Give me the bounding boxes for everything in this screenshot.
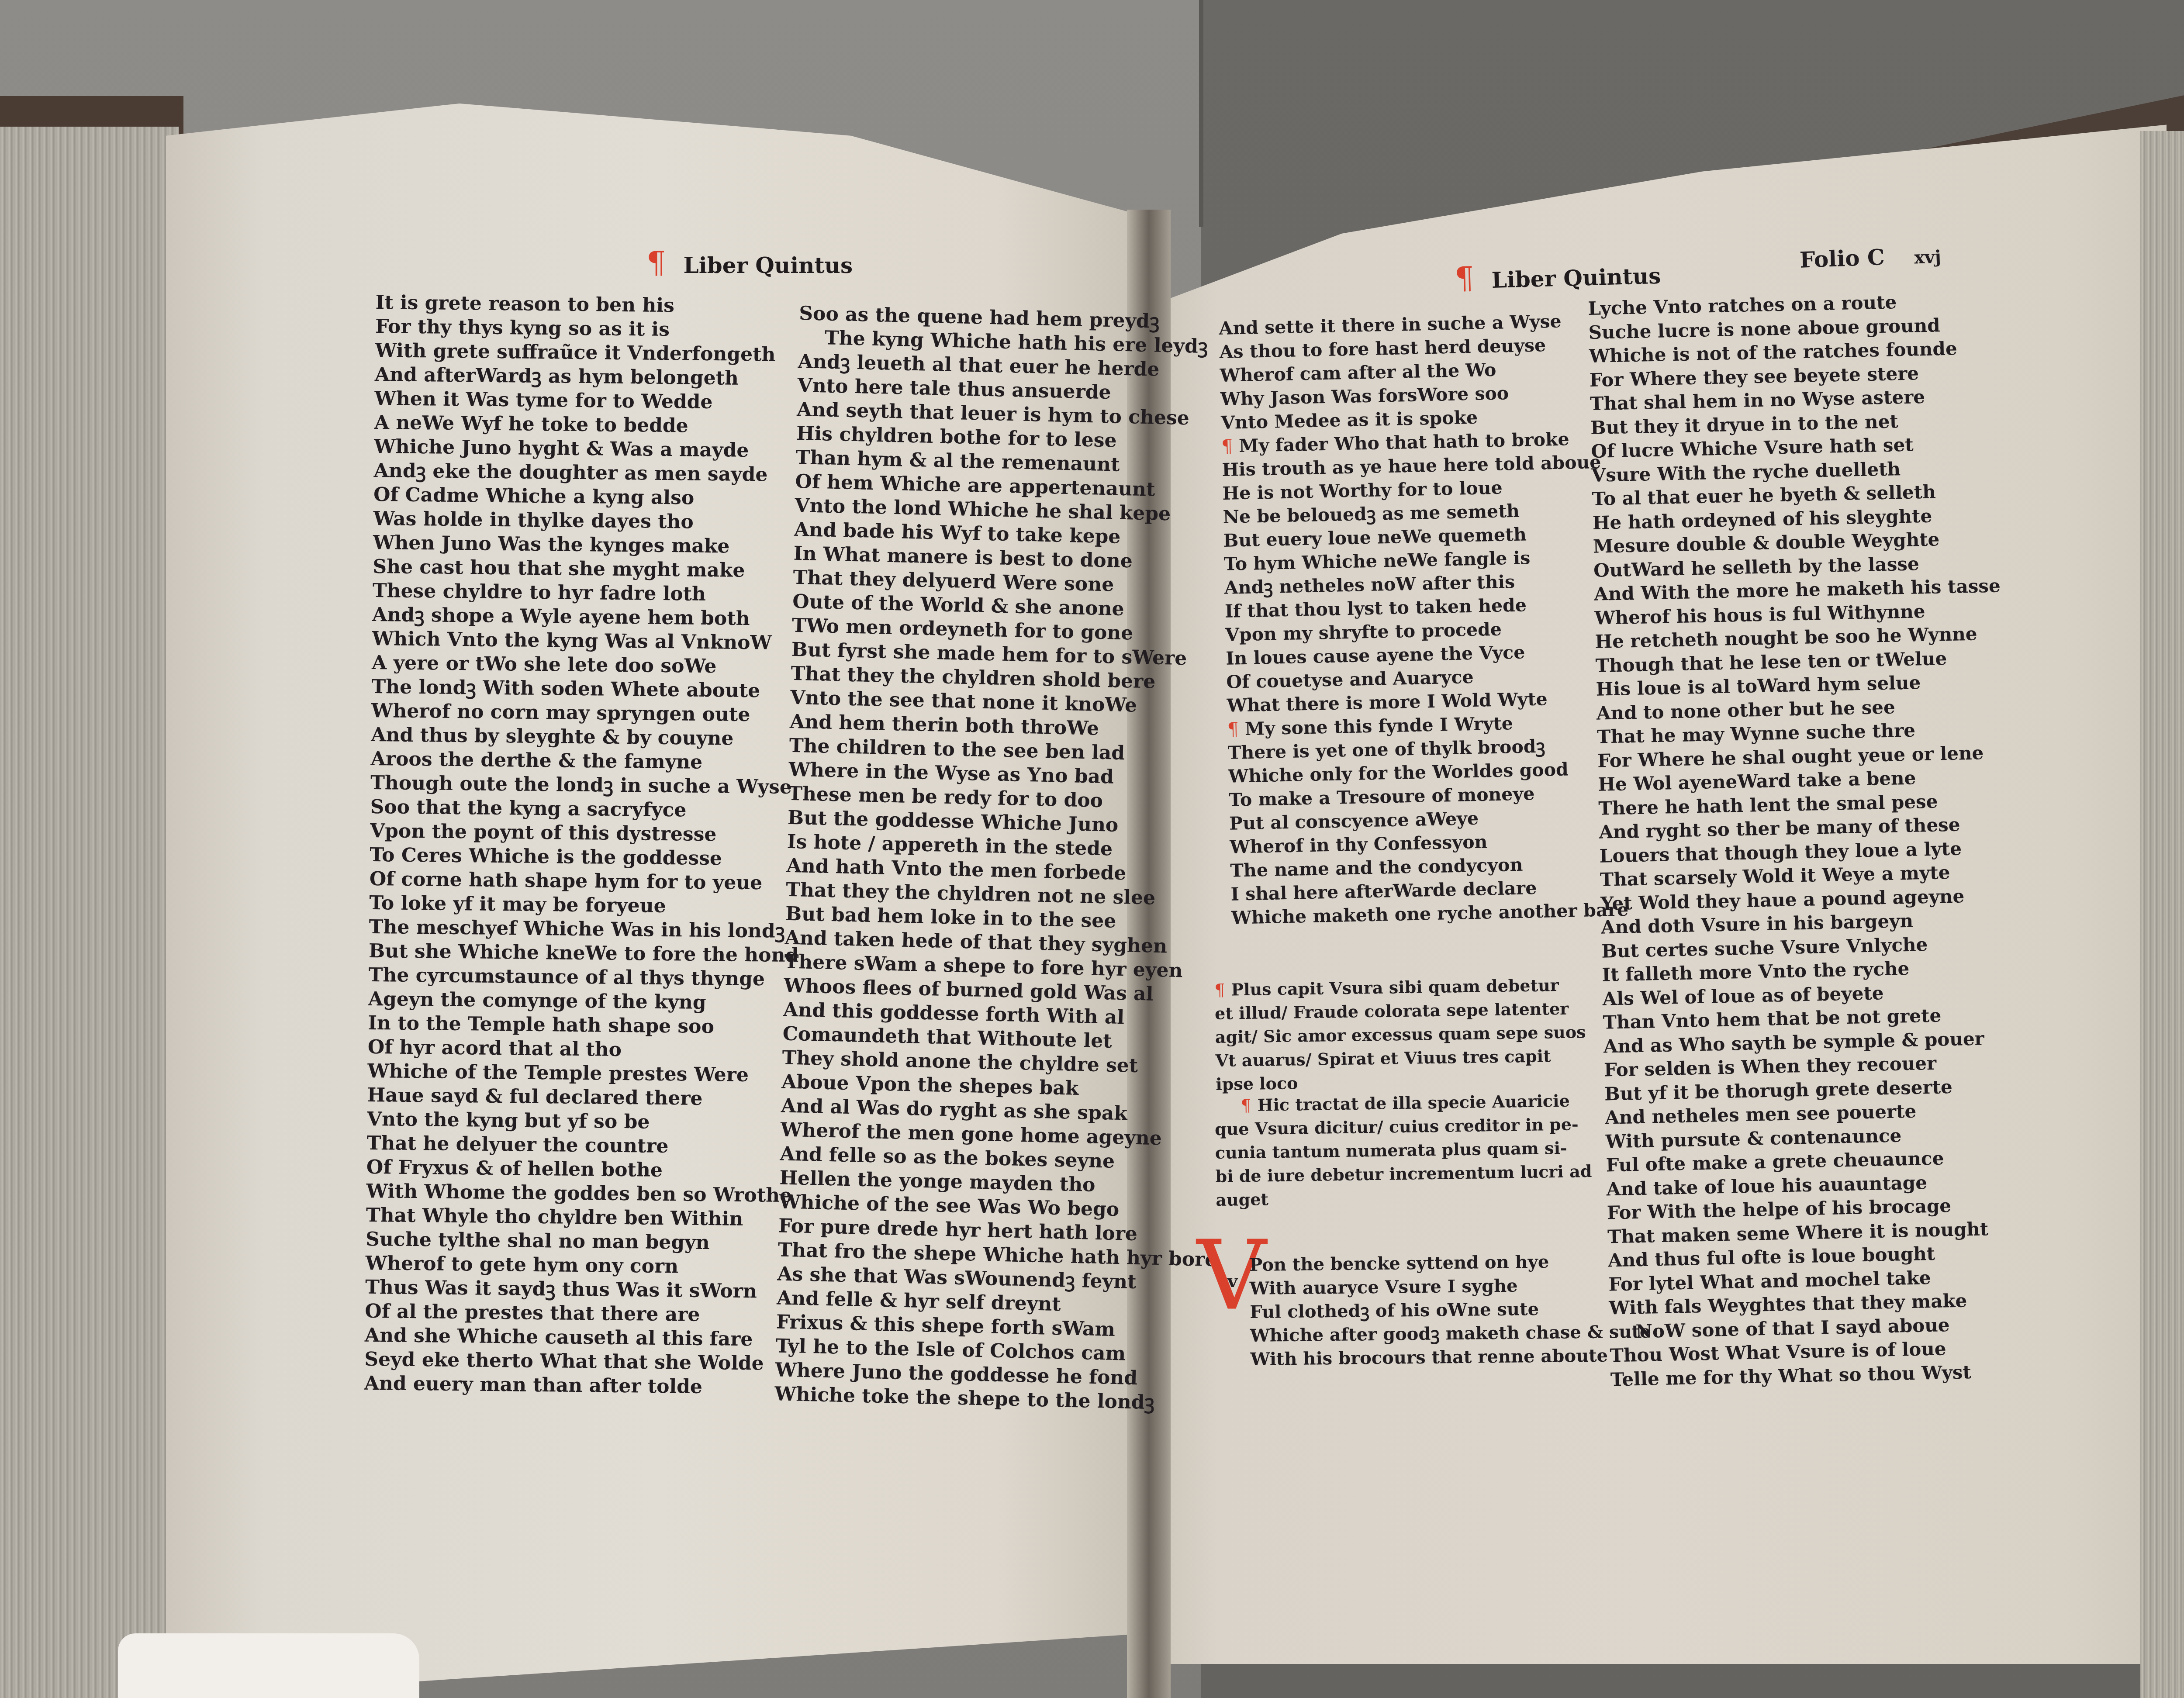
left-page-column-2: Soo as the quene had hem preydꝫThe kyng … (774, 301, 1239, 1416)
line-text: With his brocours that renne aboute (1250, 1345, 1608, 1370)
text-line: Suche tylthe shal no man begyn (366, 1227, 796, 1256)
text-line: Whiche after goodꝫ maketh chase & sute (1250, 1320, 1651, 1348)
line-text: Of Fryxus & of hellen bothe (366, 1156, 663, 1181)
line-text: That he delyuer the countre (366, 1132, 668, 1157)
line-text: Of corne hath shape hym for to yeue (370, 868, 763, 894)
text-line: She cast hou that she myght make (373, 555, 803, 583)
left-running-head: ¶ Liber Quintus (646, 245, 853, 280)
folio-roman: xvj (1914, 246, 1941, 268)
pilcrow-icon: ¶ (1214, 980, 1225, 1000)
text-line: Of corne hath shape hym for to yeue (370, 867, 800, 895)
line-text: To Ceres Whiche is the goddesse (370, 844, 722, 870)
text-line: With auaryce Vsure I syghe (1250, 1273, 1651, 1301)
line-text: The meschyef Whiche Was in his londꝫ (369, 916, 785, 942)
line-text: And euery man than after tolde (364, 1372, 703, 1398)
text-line: Of Fryxus & of hellen bothe (366, 1155, 797, 1184)
line-text: ipse loco (1216, 1073, 1298, 1094)
text-line: Pon the bencke syttend on hye (1249, 1249, 1650, 1277)
text-line: Thus Was it saydꝫ thus Was it sWorn (365, 1275, 795, 1304)
folio-number: Folio C xvj (1799, 242, 1942, 273)
right-page-column-2: Lyche Vnto ratches on a routeSuche lucre… (1588, 289, 2017, 1392)
text-line: Of hyr acord that al tho (368, 1035, 798, 1063)
line-text: With auaryce Vsure I syghe (1250, 1276, 1518, 1299)
text-line: A yere or tWo she lete doo soWe (372, 651, 802, 679)
line-text: It is grete reason to ben his (375, 291, 674, 317)
text-line: Was holde in thylke dayes tho (373, 507, 803, 535)
line-text: And thus by sleyghte & by couyne (371, 724, 734, 750)
latin-note-1: ¶Plus capit Vsura sibi quam debeturet il… (1214, 973, 1586, 1096)
right-page-column-1-after-initial: Pon the bencke syttend on hyeWith auaryc… (1249, 1249, 1651, 1371)
line-text: Vnto Medee as it is spoke (1221, 407, 1478, 433)
pilcrow-icon: ¶ (1227, 718, 1239, 740)
text-line: The londꝫ With soden Whete aboute (371, 675, 802, 703)
line-text: Als Wel of loue as of beyete (1602, 982, 1884, 1009)
line-text: A neWe Wyf he toke to bedde (374, 411, 688, 437)
text-line: And she Whiche causeth al this fare (365, 1323, 795, 1352)
text-line: Andꝫ shope a Wyle ayene hem both (372, 603, 802, 631)
line-text: auget (1216, 1189, 1268, 1210)
text-line: Ful clothedꝫ of his oWne sute (1250, 1296, 1651, 1324)
line-text: Aroos the derthe & the famyne (371, 748, 703, 773)
line-text: cunia tantum numerata plus quam si- (1215, 1138, 1567, 1163)
line-text: Which Vnto the kyng Was al VnknoW (372, 628, 772, 654)
line-text: When Juno Was the kynges make (373, 531, 730, 558)
line-text: With grete suffraũce it Vnderfongeth (375, 339, 775, 366)
line-text: Pon the bencke syttend on hye (1249, 1252, 1549, 1275)
line-text: For thy thys kyng so as it is (375, 315, 670, 341)
line-text: Vpon the poynt of this dystresse (370, 820, 717, 846)
text-line: But she Whiche kneWe to fore the hond (369, 939, 799, 967)
text-line: With his brocours that renne aboute (1250, 1343, 1651, 1371)
text-line: Aroos the derthe & the famyne (370, 747, 801, 775)
line-text: She cast hou that she myght make (373, 556, 745, 582)
line-text: Wherof to gete hym ony corn (365, 1252, 678, 1278)
text-line: Whiche of the Temple prestes Were (367, 1059, 798, 1087)
text-line: That Whyle tho chyldre ben Within (366, 1203, 796, 1232)
line-text: Of hyr acord that al tho (368, 1036, 622, 1061)
line-text: Seyd eke therto What that she Wolde (364, 1348, 764, 1375)
text-line: When it Was tyme for to Wedde (374, 387, 805, 415)
line-text: Though oute the londꝫ in suche a Wyse (370, 772, 792, 798)
line-text: Of couetyse and Auaryce (1226, 666, 1474, 693)
right-running-head-title: Liber Quintus (1491, 263, 1661, 293)
text-line: When Juno Was the kynges make (373, 531, 803, 559)
line-text: When it Was tyme for to Wedde (374, 387, 713, 413)
line-text: Of Cadme Whiche a kyng also (373, 483, 695, 509)
line-text: Whiche of the Temple prestes Were (367, 1060, 749, 1086)
text-line: Ageyn the comynge of the kyng (368, 987, 798, 1015)
pilcrow-icon: ¶ (646, 245, 666, 280)
line-text: Thus Was it saydꝫ thus Was it sWorn (365, 1276, 757, 1302)
text-line: It is grete reason to ben his (375, 290, 805, 319)
pilcrow-icon: ¶ (1221, 435, 1233, 457)
line-text: que Vsura dicitur/ cuius creditor in pe- (1215, 1114, 1579, 1139)
line-text: Andꝫ eke the doughter as men sayde (373, 459, 767, 486)
text-line: Soo that the kyng a sacryfyce (370, 795, 800, 823)
line-text: A yere or tWo she lete doo soWe (372, 652, 717, 677)
line-text: Ful clothedꝫ of his oWne sute (1250, 1299, 1539, 1322)
line-text: agit/ Sic amor excessus quam sepe suos (1215, 1022, 1586, 1047)
text-line: To Ceres Whiche is the goddesse (370, 843, 800, 871)
line-text: And she Whiche causeth al this fare (365, 1324, 753, 1350)
text-line: Whiche Juno hyght & Was a mayde (374, 435, 804, 463)
text-line: The cyrcumstaunce of al thys thynge (368, 963, 798, 991)
text-line: The meschyef Whiche Was in his londꝫ (369, 915, 799, 943)
line-text: In to the Temple hath shape soo (368, 1012, 714, 1038)
text-line: Wherof to gete hym ony corn (365, 1251, 795, 1280)
line-text: Put al conscyence aWeye (1229, 808, 1479, 834)
pilcrow-icon: ¶ (1241, 1096, 1251, 1115)
text-line: And euery man than after tolde (364, 1371, 795, 1400)
line-text: Haue sayd & ful declared there (367, 1084, 702, 1110)
text-line: Of al the prestes that there are (365, 1299, 795, 1328)
wall-seam (1199, 0, 1203, 227)
line-text: Wherof in thy Confessyon (1230, 831, 1488, 857)
line-text: My sone this fynde I Wryte (1244, 713, 1513, 739)
text-line: For thy thys kyng so as it is (375, 314, 805, 343)
folio-label: Folio C (1799, 244, 1885, 273)
text-line: Which Vnto the kyng Was al VnknoW (372, 627, 802, 655)
left-running-head-title: Liber Quintus (684, 252, 853, 278)
line-text: The cyrcumstaunce of al thys thynge (368, 964, 765, 990)
white-cloth-weight (118, 1633, 419, 1698)
line-text: With Whome the goddes ben so Wrothe (366, 1180, 792, 1207)
text-line: With Whome the goddes ben so Wrothe (366, 1179, 796, 1208)
text-line: That he delyuer the countre (366, 1131, 797, 1160)
line-text: bi de iure debetur incrementum lucri ad (1215, 1161, 1592, 1186)
text-line: Vpon the poynt of this dystresse (370, 819, 800, 847)
right-running-head: ¶ Liber Quintus (1454, 255, 1661, 296)
line-text: Of al the prestes that there are (365, 1300, 700, 1326)
line-text: In loues cause ayene the Vyce (1226, 642, 1525, 669)
text-line: Though oute the londꝫ in suche a Wyse (370, 771, 801, 799)
text-line: Wherof no corn may spryngen oute (371, 699, 802, 727)
line-text: That Whyle tho chyldre ben Within (366, 1204, 743, 1230)
text-line: Andꝫ eke the doughter as men sayde (373, 459, 804, 487)
line-text: To loke yf it may be foryeue (369, 892, 666, 917)
line-text: Whiche after goodꝫ maketh chase & sute (1250, 1321, 1651, 1346)
line-text: Plus capit Vsura sibi quam debetur (1231, 975, 1559, 999)
line-text: But she Whiche kneWe to fore the hond (369, 940, 799, 966)
line-text: Suche tylthe shal no man begyn (366, 1228, 710, 1254)
line-text: et illud/ Fraude colorata sepe latenter (1215, 999, 1569, 1023)
line-text: Ageyn the comynge of the kyng (368, 988, 706, 1014)
pilcrow-icon: ¶ (1454, 260, 1475, 296)
text-line: Of Cadme Whiche a kyng also (373, 483, 804, 511)
guide-letter: v (1227, 1271, 1237, 1291)
text-line: Seyd eke therto What that she Wolde (364, 1347, 795, 1376)
line-text: Was holde in thylke dayes tho (373, 507, 694, 533)
line-text: Vnto the kyng but yf so be (367, 1108, 650, 1133)
left-page-edges (0, 127, 179, 1698)
right-page-column-1-verse: And sette it there in suche a WyseAs tho… (1219, 308, 1629, 930)
line-text: Hic tractat de illa specie Auaricie (1257, 1091, 1570, 1115)
left-page-column-1: It is grete reason to ben hisFor thy thy… (364, 290, 806, 1400)
line-text: Wherof no corn may spryngen oute (371, 700, 750, 726)
line-text: And afterWardꝫ as hym belongeth (375, 363, 739, 390)
right-page-edges (2140, 131, 2184, 1698)
text-line: In to the Temple hath shape soo (368, 1011, 798, 1039)
text-line: A neWe Wyf he toke to bedde (374, 411, 805, 439)
text-line: Haue sayd & ful declared there (367, 1083, 797, 1111)
text-line: And afterWardꝫ as hym belongeth (375, 362, 805, 391)
text-line: These chyldre to hyr fadre loth (373, 579, 803, 607)
line-text: Andꝫ shope a Wyle ayene hem both (372, 604, 750, 630)
latin-note-2: ¶Hic tractat de illa specie Auaricieque … (1214, 1089, 1592, 1212)
text-line: Vnto the kyng but yf so be (367, 1107, 797, 1135)
line-text: Soo that the kyng a sacryfyce (370, 796, 686, 821)
text-line: To loke yf it may be foryeue (369, 891, 799, 919)
line-text: Whiche Juno hyght & Was a mayde (374, 435, 749, 462)
line-text: These chyldre to hyr fadre loth (373, 580, 706, 605)
text-line: With grete suffraũce it Vnderfongeth (375, 338, 805, 367)
text-line: And thus by sleyghte & by couyne (371, 723, 801, 751)
line-text: Vt auarus/ Spirat et Viuus tres capit (1215, 1046, 1551, 1070)
line-text: The londꝫ With soden Whete aboute (371, 676, 760, 702)
